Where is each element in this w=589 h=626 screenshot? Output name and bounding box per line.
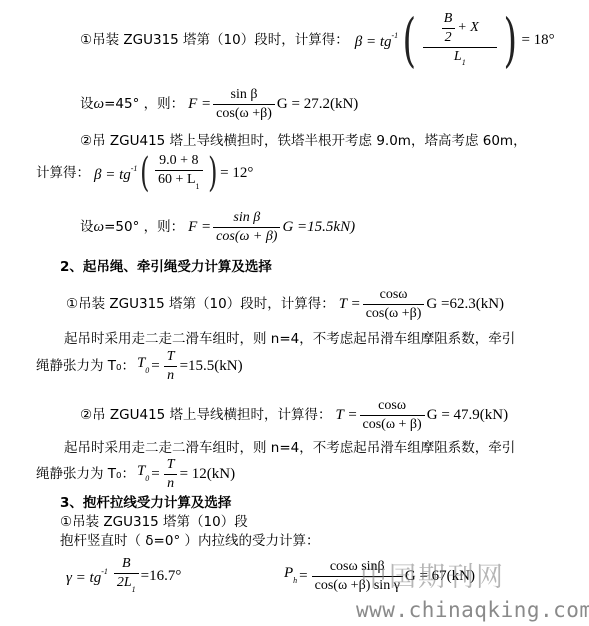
left-paren: (	[141, 153, 150, 193]
paragraph-text: 起吊时采用走二走二滑车组时，则 n=4，不考虑起吊滑车组摩阻系数，牵引	[64, 440, 515, 456]
formula-result: G =62.3(kN)	[426, 296, 504, 312]
formula-result: = 12°	[220, 165, 253, 181]
assume-value: =50° ，则：	[104, 219, 184, 235]
formula-result: = 12(kN)	[180, 466, 236, 482]
omega-symbol: ω	[94, 219, 105, 235]
formula-lhs: F =	[188, 219, 211, 235]
s2-item2-label: ②吊 ZGU415 塔上导线横担时，计算得：	[80, 407, 332, 423]
heading-3-text: 3、抱杆拉线受力计算及选择	[60, 495, 231, 511]
watermark-cn: 中国期刊网	[360, 555, 505, 594]
formula-lhs: F =	[188, 96, 211, 112]
fraction: 9.0 + 8 60 + L1	[155, 153, 202, 193]
fraction: sin β cos(ω + β)	[213, 210, 280, 245]
s2-item2-text-line2: 绳静张力为 T₀： T0 = T n = 12(kN)	[36, 457, 235, 491]
formula-result: G =15.5kN)	[282, 219, 355, 235]
equals: =	[299, 568, 307, 584]
s1-item2-force-row: 设 ω =50° ，则： F = sin β cos(ω + β) G =15.…	[80, 208, 355, 246]
formula-result: G = 27.2(kN)	[277, 96, 358, 112]
assume-label: 设	[80, 96, 94, 112]
s2-item1-text-line1: 起吊时采用走二走二滑车组时，则 n=4，不考虑起吊滑车组摩阻系数，牵引	[64, 331, 515, 347]
formula-result: = 18°	[521, 32, 554, 48]
formula-lhs: T0	[137, 355, 149, 377]
paragraph-text: 绳静张力为 T₀：	[36, 466, 135, 482]
formula-lhs: T0	[137, 463, 149, 485]
fraction: B2 + X L1	[423, 11, 497, 70]
equals: =	[151, 466, 159, 482]
right-paren: )	[208, 153, 217, 193]
s3-line-text: 抱杆竖直时（ δ=0° ）内拉线的受力计算：	[60, 533, 320, 549]
s2-item1-text-line2: 绳静张力为 T₀： T0 = T n =15.5(kN)	[36, 348, 243, 384]
s2-item1-row: ①吊装 ZGU315 塔第（10）段时，计算得： T = cosω cos(ω …	[66, 284, 504, 324]
paragraph-text: 绳静张力为 T₀：	[36, 358, 135, 374]
fraction: cosω cos(ω +β)	[363, 287, 425, 322]
s1-item2-label-row: ②吊 ZGU415 塔上导线横担时，铁塔半根开考虑 9.0m，塔高考虑 60m，	[80, 133, 527, 149]
s3-item1-text: ①吊装 ZGU315 塔第（10）段	[60, 514, 248, 530]
omega-symbol: ω	[94, 96, 105, 112]
formula-lhs: Ph	[284, 565, 297, 587]
s3-gamma-row: γ = tg-1 B 2L1 =16.7°	[66, 556, 181, 596]
s3-item1: ①吊装 ZGU315 塔第（10）段	[60, 514, 248, 530]
formula-lhs: β = tg-1	[355, 30, 398, 50]
formula-lhs: β = tg-1	[94, 163, 137, 183]
fraction: T n	[164, 457, 178, 492]
heading-3: 3、抱杆拉线受力计算及选择	[60, 495, 231, 511]
equals: =	[151, 358, 159, 374]
fraction: B 2L1	[114, 556, 139, 596]
right-paren: )	[503, 11, 517, 69]
s1-item2-label: ②吊 ZGU415 塔上导线横担时，铁塔半根开考虑 9.0m，塔高考虑 60m，	[80, 133, 527, 149]
formula-lhs: T =	[336, 407, 358, 423]
formula-result: =15.5(kN)	[180, 358, 243, 374]
heading-2: 2、起吊绳、牵引绳受力计算及选择	[60, 259, 272, 275]
formula-result: =16.7°	[141, 568, 182, 584]
fraction: sin β cos(ω +β)	[213, 87, 275, 122]
watermark-url: www.chinaqking.com	[356, 598, 589, 622]
s1-item2-formula-row: 计算得： β = tg-1 ( 9.0 + 8 60 + L1 ) = 12°	[36, 153, 253, 193]
assume-label: 设	[80, 219, 94, 235]
s2-item2-text-line1: 起吊时采用走二走二滑车组时，则 n=4，不考虑起吊滑车组摩阻系数，牵引	[64, 440, 515, 456]
formula-result: G = 47.9(kN)	[427, 407, 508, 423]
paragraph-text: 起吊时采用走二走二滑车组时，则 n=4，不考虑起吊滑车组摩阻系数，牵引	[64, 331, 515, 347]
s3-line: 抱杆竖直时（ δ=0° ）内拉线的受力计算：	[60, 533, 320, 549]
s2-item2-row: ②吊 ZGU415 塔上导线横担时，计算得： T = cosω cos(ω + …	[80, 395, 508, 435]
left-paren: (	[403, 11, 417, 69]
s1-item1-row: ①吊装 ZGU315 塔第（10）段时，计算得： β = tg-1 ( B2 +…	[80, 18, 555, 62]
assume-value: =45° ，则：	[104, 96, 184, 112]
formula-lhs: γ = tg-1	[66, 566, 108, 586]
heading-2-text: 2、起吊绳、牵引绳受力计算及选择	[60, 259, 272, 275]
formula-lhs: T =	[339, 296, 361, 312]
s1-item1-force-row: 设 ω =45° ，则： F = sin β cos(ω +β) G = 27.…	[80, 86, 358, 122]
fraction: T n	[164, 349, 178, 384]
fraction: cosω cos(ω + β)	[360, 398, 425, 433]
s1-item1-label: ①吊装 ZGU315 塔第（10）段时，计算得：	[80, 32, 349, 48]
calc-label: 计算得：	[36, 165, 90, 181]
s2-item1-label: ①吊装 ZGU315 塔第（10）段时，计算得：	[66, 296, 335, 312]
